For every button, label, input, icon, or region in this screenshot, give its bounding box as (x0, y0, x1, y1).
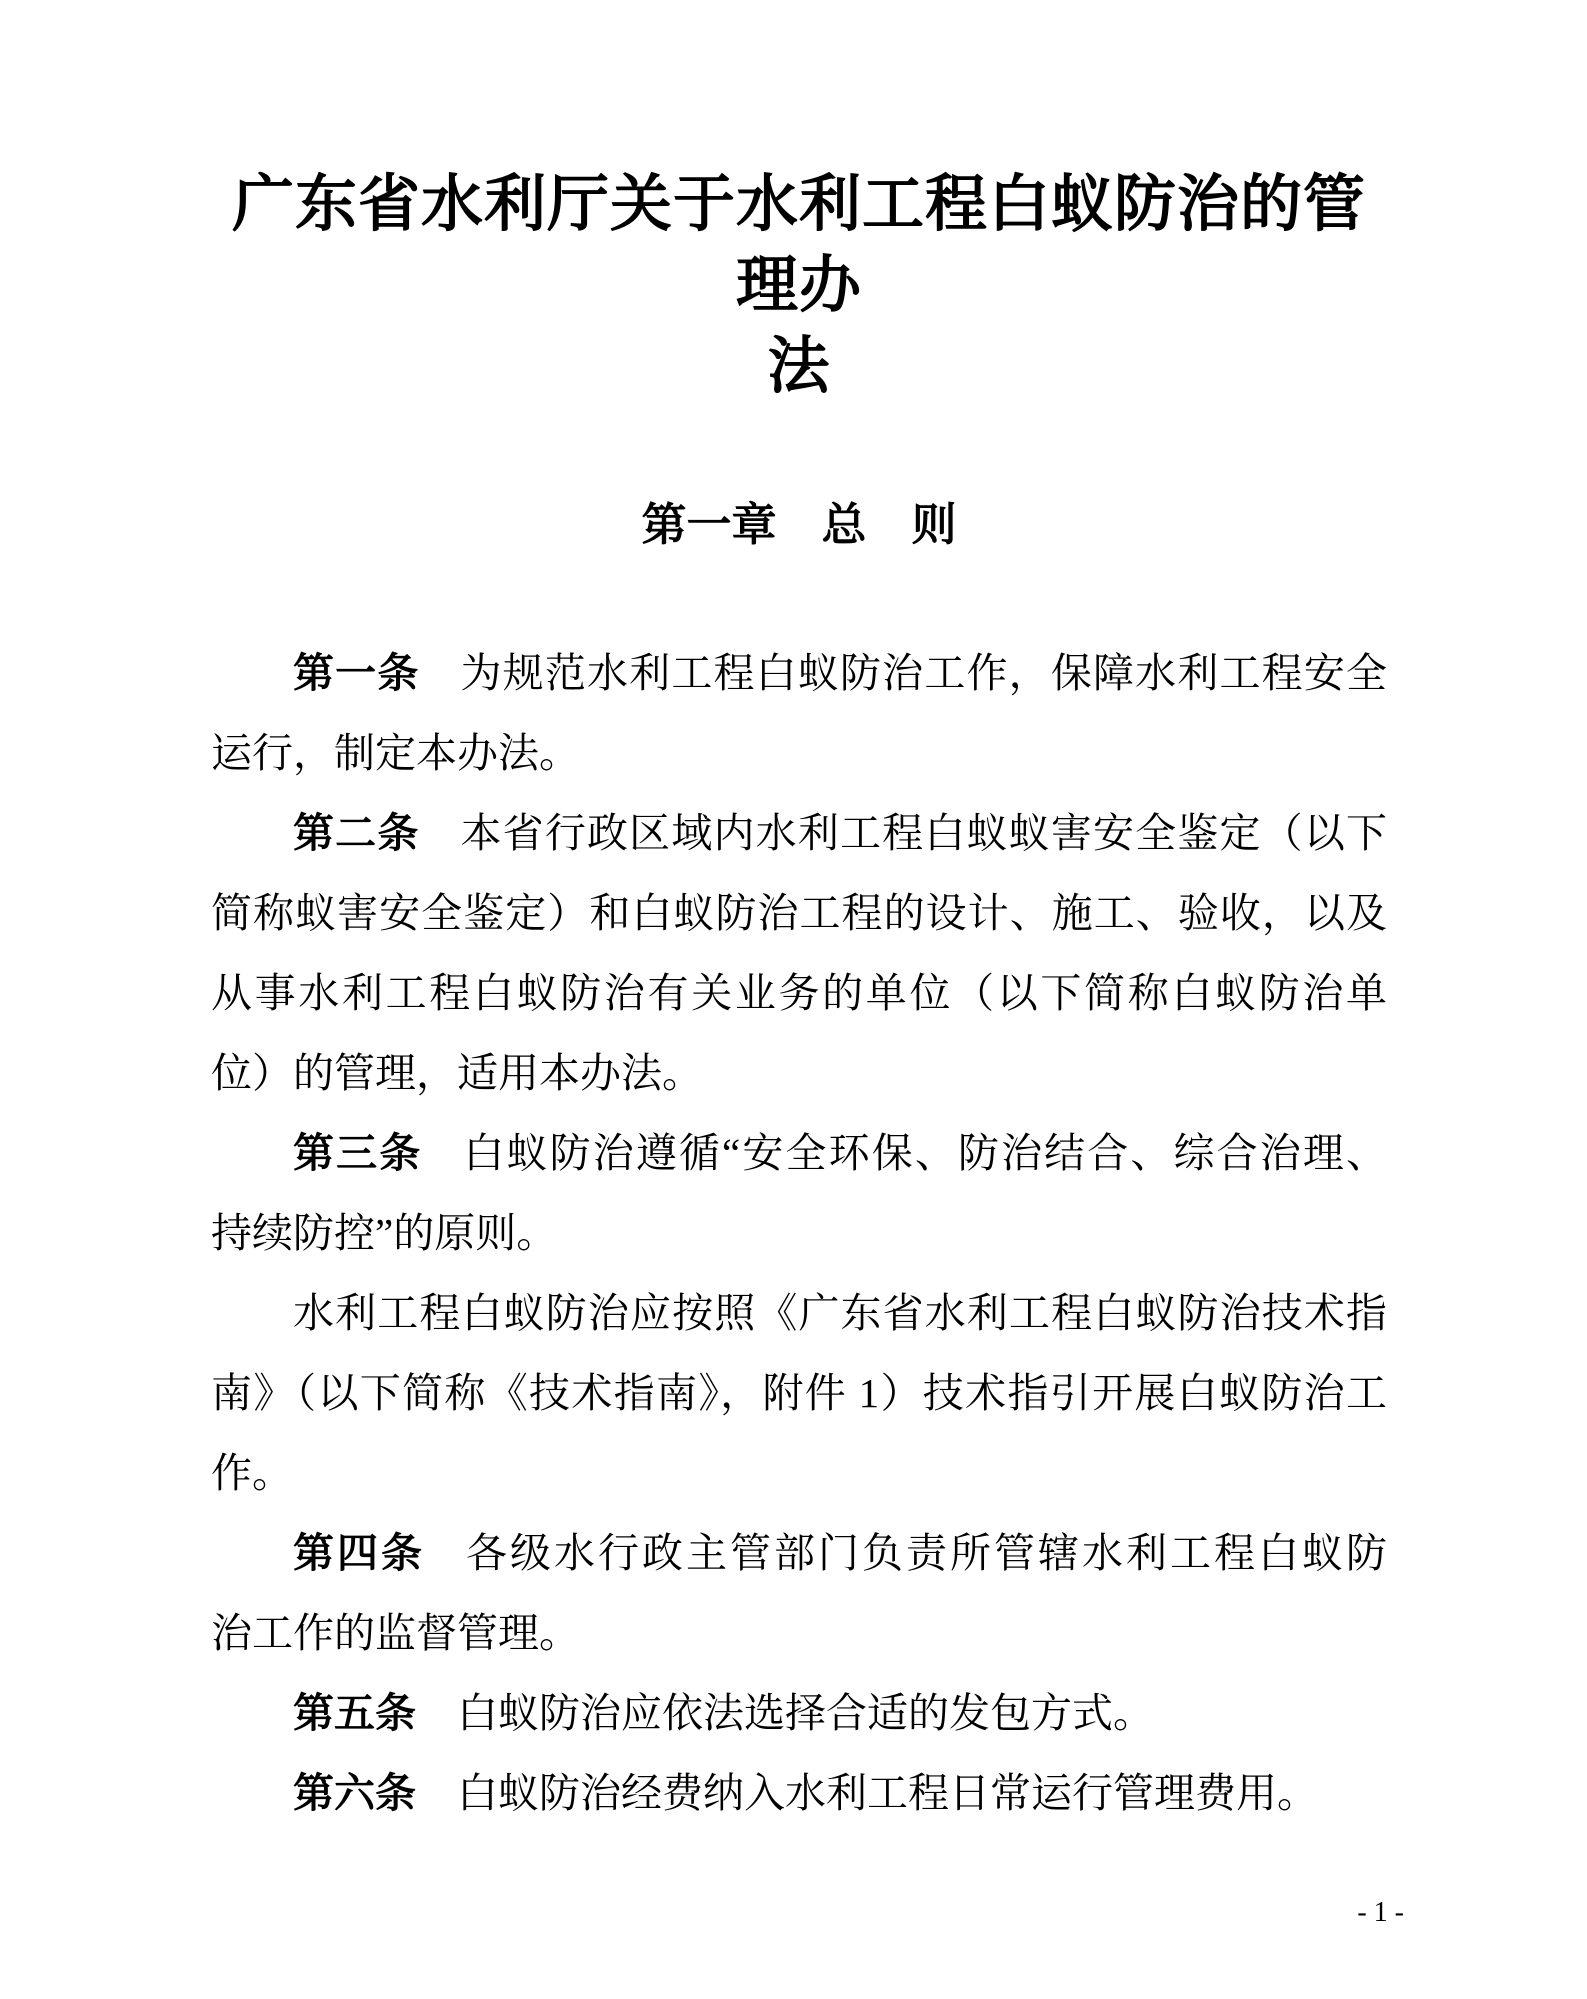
text-line: 第二条本省行政区域内水利工程白蚁蚁害安全鉴定（以下 (211, 793, 1387, 873)
text-line: 水利工程白蚁防治应按照《广东省水利工程白蚁防治技术指 (211, 1273, 1387, 1353)
page-number: - 1 - (1357, 1897, 1404, 1929)
text-line: 简称蚁害安全鉴定）和白蚁防治工程的设计、施工、验收，以及 (211, 873, 1387, 953)
text-line: 南》（以下简称《技术指南》，附件 1）技术指引开展白蚁防治工 (211, 1353, 1387, 1433)
document-title-line-2: 法 (211, 327, 1387, 408)
article-label: 第一条 (293, 650, 420, 696)
text-line: 运行，制定本办法。 (211, 713, 1387, 793)
article-label: 第三条 (293, 1130, 422, 1176)
document-title: 广东省水利厅关于水利工程白蚁防治的管理办 法 (211, 0, 1387, 408)
text-line: 第一条为规范水利工程白蚁防治工作，保障水利工程安全 (211, 633, 1387, 713)
text-line: 第四条各级水行政主管部门负责所管辖水利工程白蚁防 (211, 1513, 1387, 1593)
text-line: 持续防控”的原则。 (211, 1193, 1387, 1273)
text-line: 第六条白蚁防治经费纳入水利工程日常运行管理费用。 (211, 1753, 1387, 1833)
article-label: 第五条 (293, 1690, 416, 1736)
document-content: 广东省水利厅关于水利工程白蚁防治的管理办 法 第一章 总 则 第一条为规范水利工… (211, 0, 1387, 1833)
text-line: 从事水利工程白蚁防治有关业务的单位（以下简称白蚁防治单 (211, 953, 1387, 1033)
document-body: 第一条为规范水利工程白蚁防治工作，保障水利工程安全运行，制定本办法。第二条本省行… (211, 633, 1387, 1833)
article-label: 第六条 (293, 1770, 416, 1816)
text-line: 治工作的监督管理。 (211, 1593, 1387, 1673)
document-title-line-1: 广东省水利厅关于水利工程白蚁防治的管理办 (211, 165, 1387, 327)
text-line: 位）的管理，适用本办法。 (211, 1033, 1387, 1113)
text-line: 第五条白蚁防治应依法选择合适的发包方式。 (211, 1673, 1387, 1753)
chapter-heading: 第一章 总 则 (211, 494, 1387, 556)
document-page: 广东省水利厅关于水利工程白蚁防治的管理办 法 第一章 总 则 第一条为规范水利工… (0, 0, 1587, 1999)
text-line: 作。 (211, 1433, 1387, 1513)
text-line: 第三条白蚁防治遵循“安全环保、防治结合、综合治理、 (211, 1113, 1387, 1193)
article-label: 第二条 (293, 810, 420, 856)
article-label: 第四条 (293, 1530, 425, 1576)
